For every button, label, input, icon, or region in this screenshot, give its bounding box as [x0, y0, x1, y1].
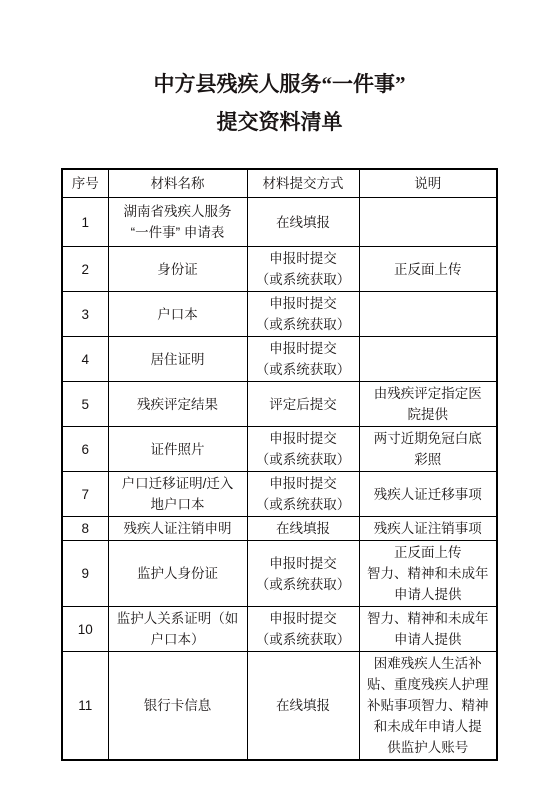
- cell-name: 身份证: [108, 247, 247, 292]
- materials-table-header: 序号 材料名称 材料提交方式 说明: [62, 169, 497, 198]
- cell-method: 申报时提交 （或系统获取）: [247, 607, 359, 652]
- cell-number: 7: [62, 472, 108, 517]
- cell-number: 11: [62, 652, 108, 761]
- table-row: 3 户口本 申报时提交 （或系统获取）: [62, 292, 497, 337]
- cell-number: 3: [62, 292, 108, 337]
- table-row: 7 户口迁移证明/迁入 地户口本 申报时提交 （或系统获取） 残疾人证迁移事项: [62, 472, 497, 517]
- table-row: 10 监护人关系证明（如 户口本） 申报时提交 （或系统获取） 智力、精神和未成…: [62, 607, 497, 652]
- table-row: 9 监护人身份证 申报时提交 （或系统获取） 正反面上传 智力、精神和未成年 申…: [62, 541, 497, 607]
- cell-name: 监护人关系证明（如 户口本）: [108, 607, 247, 652]
- table-row: 6 证件照片 申报时提交 （或系统获取） 两寸近期免冠白底 彩照: [62, 427, 497, 472]
- materials-table: 序号 材料名称 材料提交方式 说明 1 湖南省残疾人服务 “一件事” 申请表 在…: [61, 168, 498, 761]
- cell-number: 8: [62, 517, 108, 541]
- cell-number: 9: [62, 541, 108, 607]
- cell-method: 申报时提交 （或系统获取）: [247, 472, 359, 517]
- column-header-number: 序号: [62, 169, 108, 198]
- cell-note: [359, 337, 497, 382]
- cell-method: 申报时提交 （或系统获取）: [247, 292, 359, 337]
- cell-note: 困难残疾人生活补 贴、重度残疾人护理 补贴事项智力、精神 和未成年申请人提 供监…: [359, 652, 497, 761]
- cell-name: 户口本: [108, 292, 247, 337]
- cell-note: 正反面上传: [359, 247, 497, 292]
- table-row: 4 居住证明 申报时提交 （或系统获取）: [62, 337, 497, 382]
- cell-number: 4: [62, 337, 108, 382]
- table-row: 1 湖南省残疾人服务 “一件事” 申请表 在线填报: [62, 198, 497, 247]
- cell-method: 申报时提交 （或系统获取）: [247, 427, 359, 472]
- cell-note: 残疾人证注销事项: [359, 517, 497, 541]
- document-title-line2: 提交资料清单: [0, 111, 559, 133]
- cell-name: 户口迁移证明/迁入 地户口本: [108, 472, 247, 517]
- cell-name: 居住证明: [108, 337, 247, 382]
- cell-number: 5: [62, 382, 108, 427]
- cell-note: [359, 198, 497, 247]
- column-header-note: 说明: [359, 169, 497, 198]
- column-header-name: 材料名称: [108, 169, 247, 198]
- cell-number: 2: [62, 247, 108, 292]
- cell-note: 正反面上传 智力、精神和未成年 申请人提供: [359, 541, 497, 607]
- cell-note: 由残疾评定指定医 院提供: [359, 382, 497, 427]
- column-header-method: 材料提交方式: [247, 169, 359, 198]
- cell-note: 智力、精神和未成年 申请人提供: [359, 607, 497, 652]
- cell-note: 残疾人证迁移事项: [359, 472, 497, 517]
- cell-method: 评定后提交: [247, 382, 359, 427]
- cell-method: 在线填报: [247, 517, 359, 541]
- cell-number: 10: [62, 607, 108, 652]
- cell-note: 两寸近期免冠白底 彩照: [359, 427, 497, 472]
- materials-table-body: 1 湖南省残疾人服务 “一件事” 申请表 在线填报 2 身份证 申报时提交 （或…: [62, 198, 497, 761]
- header-row: 序号 材料名称 材料提交方式 说明: [62, 169, 497, 198]
- cell-method: 申报时提交 （或系统获取）: [247, 541, 359, 607]
- cell-method: 申报时提交 （或系统获取）: [247, 247, 359, 292]
- document-title-line1: 中方县残疾人服务“一件事”: [0, 0, 559, 95]
- cell-method: 申报时提交 （或系统获取）: [247, 337, 359, 382]
- cell-name: 残疾评定结果: [108, 382, 247, 427]
- cell-method: 在线填报: [247, 198, 359, 247]
- table-row: 5 残疾评定结果 评定后提交 由残疾评定指定医 院提供: [62, 382, 497, 427]
- document-page: 中方县残疾人服务“一件事” 提交资料清单 序号 材料名称 材料提交方式 说明 1…: [0, 0, 559, 793]
- table-row: 2 身份证 申报时提交 （或系统获取） 正反面上传: [62, 247, 497, 292]
- cell-note: [359, 292, 497, 337]
- cell-name: 残疾人证注销申明: [108, 517, 247, 541]
- table-row: 11 银行卡信息 在线填报 困难残疾人生活补 贴、重度残疾人护理 补贴事项智力、…: [62, 652, 497, 761]
- cell-number: 1: [62, 198, 108, 247]
- cell-name: 监护人身份证: [108, 541, 247, 607]
- cell-method: 在线填报: [247, 652, 359, 761]
- cell-name: 湖南省残疾人服务 “一件事” 申请表: [108, 198, 247, 247]
- table-row: 8 残疾人证注销申明 在线填报 残疾人证注销事项: [62, 517, 497, 541]
- cell-number: 6: [62, 427, 108, 472]
- cell-name: 证件照片: [108, 427, 247, 472]
- cell-name: 银行卡信息: [108, 652, 247, 761]
